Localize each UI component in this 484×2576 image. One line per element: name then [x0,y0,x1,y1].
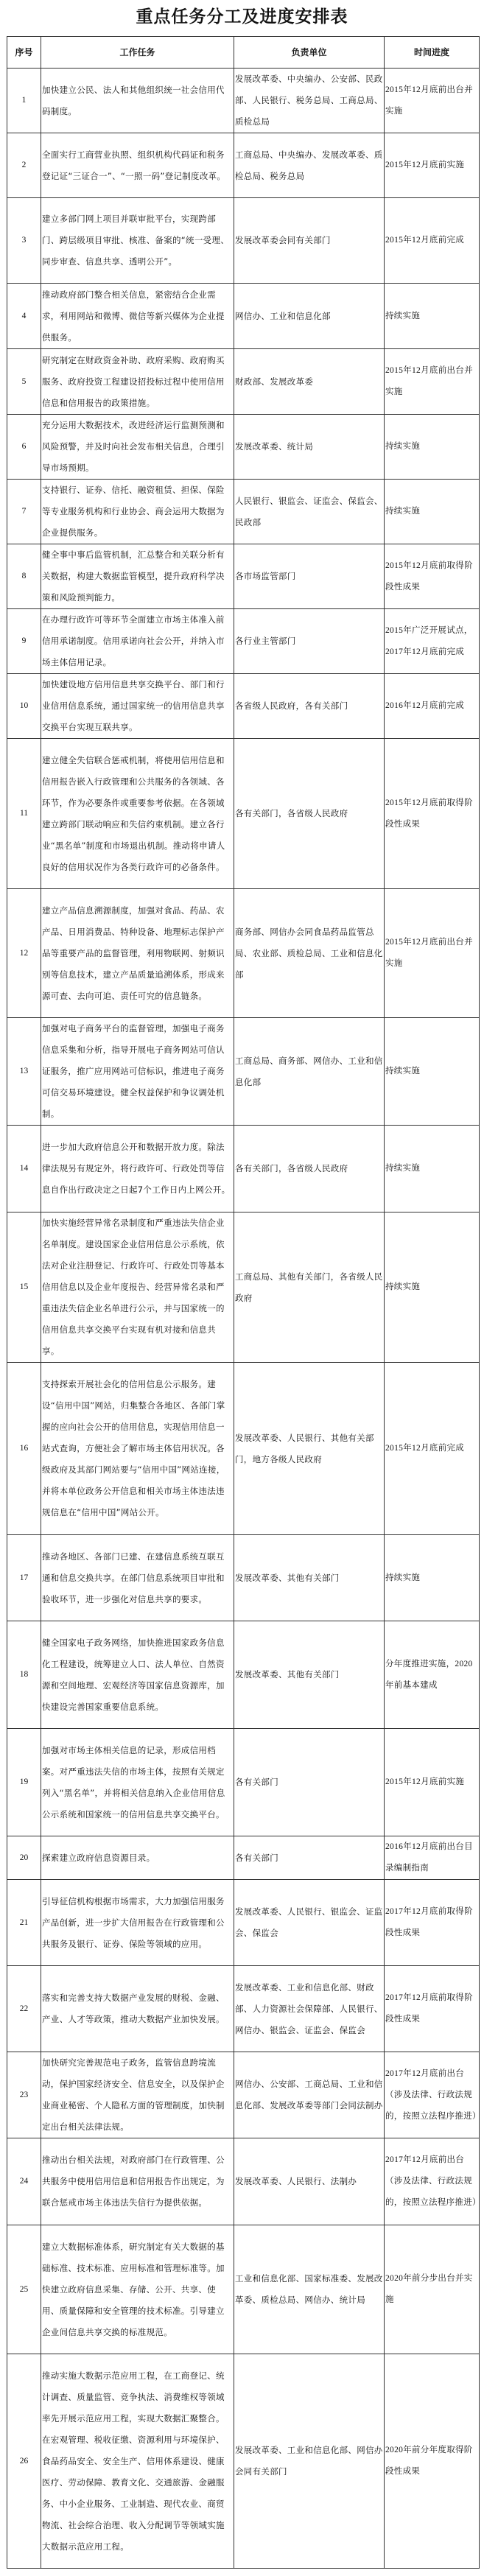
responsible-unit-cell: 发展改革委、统计局 [234,415,385,480]
responsible-unit-cell: 各有关部门，各省级人民政府 [234,1126,385,1212]
row-number-cell: 8 [7,544,41,609]
responsible-unit-cell: 人民银行、银监会、证监会、保监会、民政部 [234,480,385,544]
time-schedule-cell: 2017年12月底前取得阶段性成果 [385,1880,480,1966]
row-number-cell: 15 [7,1212,41,1363]
table-row: 4推动政府部门整合相关信息，紧密结合企业需求，利用网站和微博、微信等新兴媒体为企… [7,284,480,349]
responsible-unit-cell: 发展改革委、工业和信息化部、网信办会同有关部门 [234,2354,385,2569]
row-number-cell: 14 [7,1126,41,1212]
responsible-unit-cell: 发展改革委、人民银行、银监会、证监会、保监会 [234,1880,385,1966]
table-row: 25建立大数据标准体系，研究制定有关大数据的基础标准、技术标准、应用标准和管理标… [7,2225,480,2354]
work-task-cell: 建立大数据标准体系，研究制定有关大数据的基础标准、技术标准、应用标准和管理标准等… [41,2225,234,2354]
work-task-cell: 在办理行政许可等环节全面建立市场主体准入前信用承诺制度。信用承诺向社会公开，并纳… [41,609,234,674]
table-row: 18健全国家电子政务网络，加快推进国家政务信息化工程建设，统筹建立人口、法人单位… [7,1621,480,1729]
work-task-cell: 落实和完善支持大数据产业发展的财税、金融、产业、人才等政策，推动大数据产业加快发… [41,1966,234,2052]
table-row: 19加强对市场主体相关信息的记录，形成信用档案。对严重违法失信的市场主体，按照有… [7,1729,480,1836]
table-row: 14进一步加大政府信息公开和数据开放力度。除法律法规另有规定外，将行政许可、行政… [7,1126,480,1212]
work-task-cell: 健全国家电子政务网络，加快推进国家政务信息化工程建设，统筹建立人口、法人单位、自… [41,1621,234,1729]
time-schedule-cell: 2015年12月底前实施 [385,133,480,198]
table-row: 7支持银行、证券、信托、融资租赁、担保、保险等专业服务机构和行业协会、商会运用大… [7,480,480,544]
work-task-cell: 加快实施经营异常名录制度和严重违法失信企业名单制度。建设国家企业信用信息公示系统… [41,1212,234,1363]
table-row: 5研究制定在财政资金补助、政府采购、政府购买服务、政府投资工程建设招投标过程中使… [7,349,480,415]
table-row: 22落实和完善支持大数据产业发展的财税、金融、产业、人才等政策，推动大数据产业加… [7,1966,480,2052]
task-schedule-table: 序号 工作任务 负责单位 时间进度 1加快建立公民、法人和其他组织统一社会信用代… [7,36,480,2569]
work-task-cell: 加快建设地方信用信息共享交换平台、部门和行业信用信息系统，通过国家统一的信用信息… [41,674,234,739]
time-schedule-cell: 持续实施 [385,1018,480,1126]
header-unit: 负责单位 [234,37,385,69]
table-row: 20探索建立政府信息资源目录。各有关部门2016年12月底前出台目录编制指南 [7,1836,480,1880]
page-title: 重点任务分工及进度安排表 [0,4,484,29]
responsible-unit-cell: 商务部、网信办会同食品药品监管总局、农业部、质检总局、工业和信息化部 [234,889,385,1018]
time-schedule-cell: 持续实施 [385,415,480,480]
time-schedule-cell: 2016年12月底前出台目录编制指南 [385,1836,480,1880]
table-row: 15加快实施经营异常名录制度和严重违法失信企业名单制度。建设国家企业信用信息公示… [7,1212,480,1363]
table-row: 12建立产品信息溯源制度，加强对食品、药品、农产品、日用消费品、特种设备、地理标… [7,889,480,1018]
work-task-cell: 加强对市场主体相关信息的记录，形成信用档案。对严重违法失信的市场主体，按照有关规… [41,1729,234,1836]
table-row: 11建立健全失信联合惩戒机制，将使用信用信息和信用报告嵌入行政管理和公共服务的各… [7,739,480,889]
row-number-cell: 1 [7,69,41,133]
table-row: 24推动出台相关法规，对政府部门在行政管理、公共服务中使用信用信息和信用报告作出… [7,2138,480,2225]
row-number-cell: 12 [7,889,41,1018]
table-header-row: 序号 工作任务 负责单位 时间进度 [7,37,480,69]
time-schedule-cell: 持续实施 [385,480,480,544]
responsible-unit-cell: 各市场监管部门 [234,544,385,609]
time-schedule-cell: 持续实施 [385,284,480,349]
work-task-cell: 支持银行、证券、信托、融资租赁、担保、保险等专业服务机构和行业协会、商会运用大数… [41,480,234,544]
responsible-unit-cell: 工商总局、中央编办、发展改革委、质检总局、税务总局 [234,133,385,198]
work-task-cell: 建立多部门网上项目并联审批平台，实现跨部门、跨层级项目审批、核准、备案的“统一受… [41,198,234,284]
table-row: 10加快建设地方信用信息共享交换平台、部门和行业信用信息系统，通过国家统一的信用… [7,674,480,739]
time-schedule-cell: 2015年12月底前出台并实施 [385,349,480,415]
responsible-unit-cell: 发展改革委、其他有关部门 [234,1535,385,1621]
responsible-unit-cell: 发展改革委、人民银行、其他有关部门，地方各级人民政府 [234,1363,385,1535]
row-number-cell: 4 [7,284,41,349]
work-task-cell: 支持探索开展社会化的信用信息公示服务。建设“信用中国”网站，归集整合各地区、各部… [41,1363,234,1535]
row-number-cell: 2 [7,133,41,198]
time-schedule-cell: 2017年12月底前取得阶段性成果 [385,1966,480,2052]
work-task-cell: 加快研究完善规范电子政务，监管信息跨境流动，保护国家经济安全、信息安全，以及保护… [41,2052,234,2138]
table-row: 17推动各地区、各部门已建、在建信息系统互联互通和信息交换共享。在部门信息系统项… [7,1535,480,1621]
time-schedule-cell: 2015年12月底前实施 [385,1729,480,1836]
table-row: 26推动实施大数据示范应用工程，在工商登记、统计调查、质量监管、竞争执法、消费维… [7,2354,480,2569]
header-no: 序号 [7,37,41,69]
row-number-cell: 19 [7,1729,41,1836]
row-number-cell: 16 [7,1363,41,1535]
time-schedule-cell: 2017年12月底前出台（涉及法律、行政法规的，按照立法程序推进） [385,2138,480,2225]
row-number-cell: 9 [7,609,41,674]
table-row: 23加快研究完善规范电子政务，监管信息跨境流动，保护国家经济安全、信息安全，以及… [7,2052,480,2138]
table-row: 9在办理行政许可等环节全面建立市场主体准入前信用承诺制度。信用承诺向社会公开，并… [7,609,480,674]
row-number-cell: 18 [7,1621,41,1729]
table-row: 3建立多部门网上项目并联审批平台，实现跨部门、跨层级项目审批、核准、备案的“统一… [7,198,480,284]
table-row: 1加快建立公民、法人和其他组织统一社会信用代码制度。发展改革委、中央编办、公安部… [7,69,480,133]
responsible-unit-cell: 发展改革委、其他有关部门 [234,1621,385,1729]
work-task-cell: 探索建立政府信息资源目录。 [41,1836,234,1880]
table-row: 13加强对电子商务平台的监督管理，加强电子商务信息采集和分析，指导开展电子商务网… [7,1018,480,1126]
header-time: 时间进度 [385,37,480,69]
responsible-unit-cell: 发展改革委、工业和信息化部、财政部、人力资源社会保障部、人民银行、网信办、银监会… [234,1966,385,2052]
responsible-unit-cell: 各有关部门 [234,1836,385,1880]
row-number-cell: 20 [7,1836,41,1880]
responsible-unit-cell: 各有关部门，各省级人民政府 [234,739,385,889]
work-task-cell: 建立产品信息溯源制度，加强对食品、药品、农产品、日用消费品、特种设备、地理标志保… [41,889,234,1018]
time-schedule-cell: 2015年12月底前出台并实施 [385,889,480,1018]
time-schedule-cell: 2020年前分年度取得阶段性成果 [385,2354,480,2569]
row-number-cell: 23 [7,2052,41,2138]
row-number-cell: 22 [7,1966,41,2052]
table-row: 6充分运用大数据技术，改进经济运行监测预测和风险预警，并及时向社会发布相关信息，… [7,415,480,480]
row-number-cell: 17 [7,1535,41,1621]
time-schedule-cell: 2017年12月底前出台（涉及法律、行政法规的，按照立法程序推进） [385,2052,480,2138]
responsible-unit-cell: 网信办、公安部、工商总局、工业和信息化部、发展改革委等部门会同法制办 [234,2052,385,2138]
row-number-cell: 21 [7,1880,41,1966]
row-number-cell: 7 [7,480,41,544]
responsible-unit-cell: 工业和信息化部、国家标准委、发展改革委、质检总局、网信办、统计局 [234,2225,385,2354]
work-task-cell: 推动出台相关法规，对政府部门在行政管理、公共服务中使用信用信息和信用报告作出规定… [41,2138,234,2225]
responsible-unit-cell: 发展改革委会同有关部门 [234,198,385,284]
time-schedule-cell: 2016年12月底前完成 [385,674,480,739]
time-schedule-cell: 2015年广泛开展试点，2017年12月底前完成 [385,609,480,674]
responsible-unit-cell: 各有关部门 [234,1729,385,1836]
work-task-cell: 引导征信机构根据市场需求，大力加强信用服务产品创新，进一步扩大信用报告在行政管理… [41,1880,234,1966]
time-schedule-cell: 2020年前分步出台并实施 [385,2225,480,2354]
time-schedule-cell: 2015年12月底前完成 [385,1363,480,1535]
time-schedule-cell: 2015年12月底前取得阶段性成果 [385,739,480,889]
work-task-cell: 研究制定在财政资金补助、政府采购、政府购买服务、政府投资工程建设招投标过程中使用… [41,349,234,415]
responsible-unit-cell: 发展改革委、中央编办、公安部、民政部、人民银行、税务总局、工商总局、质检总局 [234,69,385,133]
time-schedule-cell: 持续实施 [385,1212,480,1363]
responsible-unit-cell: 网信办、工业和信息化部 [234,284,385,349]
responsible-unit-cell: 工商总局、商务部、网信办、工业和信息化部 [234,1018,385,1126]
work-task-cell: 加快建立公民、法人和其他组织统一社会信用代码制度。 [41,69,234,133]
work-task-cell: 全面实行工商营业执照、组织机构代码证和税务登记证“三证合一”、“一照一码”登记制… [41,133,234,198]
time-schedule-cell: 2015年12月底前完成 [385,198,480,284]
row-number-cell: 25 [7,2225,41,2354]
work-task-cell: 推动政府部门整合相关信息，紧密结合企业需求，利用网站和微博、微信等新兴媒体为企业… [41,284,234,349]
work-task-cell: 健全事中事后监管机制，汇总整合和关联分析有关数据，构建大数据监管模型，提升政府科… [41,544,234,609]
row-number-cell: 10 [7,674,41,739]
row-number-cell: 5 [7,349,41,415]
time-schedule-cell: 2015年12月底前出台并实施 [385,69,480,133]
work-task-cell: 推动各地区、各部门已建、在建信息系统互联互通和信息交换共享。在部门信息系统项目审… [41,1535,234,1621]
row-number-cell: 3 [7,198,41,284]
responsible-unit-cell: 发展改革委、人民银行、法制办 [234,2138,385,2225]
row-number-cell: 26 [7,2354,41,2569]
row-number-cell: 13 [7,1018,41,1126]
time-schedule-cell: 持续实施 [385,1535,480,1621]
header-task: 工作任务 [41,37,234,69]
responsible-unit-cell: 财政部、发展改革委 [234,349,385,415]
row-number-cell: 6 [7,415,41,480]
work-task-cell: 建立健全失信联合惩戒机制，将使用信用信息和信用报告嵌入行政管理和公共服务的各领域… [41,739,234,889]
time-schedule-cell: 分年度推进实施，2020年前基本建成 [385,1621,480,1729]
work-task-cell: 充分运用大数据技术，改进经济运行监测预测和风险预警，并及时向社会发布相关信息，合… [41,415,234,480]
table-row: 16支持探索开展社会化的信用信息公示服务。建设“信用中国”网站，归集整合各地区、… [7,1363,480,1535]
table-row: 2全面实行工商营业执照、组织机构代码证和税务登记证“三证合一”、“一照一码”登记… [7,133,480,198]
row-number-cell: 11 [7,739,41,889]
responsible-unit-cell: 各省级人民政府，各有关部门 [234,674,385,739]
table-row: 8健全事中事后监管机制，汇总整合和关联分析有关数据，构建大数据监管模型，提升政府… [7,544,480,609]
responsible-unit-cell: 各行业主管部门 [234,609,385,674]
time-schedule-cell: 持续实施 [385,1126,480,1212]
row-number-cell: 24 [7,2138,41,2225]
table-body: 1加快建立公民、法人和其他组织统一社会信用代码制度。发展改革委、中央编办、公安部… [7,69,480,2569]
responsible-unit-cell: 工商总局、其他有关部门，各省级人民政府 [234,1212,385,1363]
work-task-cell: 加强对电子商务平台的监督管理，加强电子商务信息采集和分析，指导开展电子商务网站可… [41,1018,234,1126]
table-row: 21引导征信机构根据市场需求，大力加强信用服务产品创新，进一步扩大信用报告在行政… [7,1880,480,1966]
work-task-cell: 推动实施大数据示范应用工程，在工商登记、统计调查、质量监管、竞争执法、消费维权等… [41,2354,234,2569]
work-task-cell: 进一步加大政府信息公开和数据开放力度。除法律法规另有规定外，将行政许可、行政处罚… [41,1126,234,1212]
time-schedule-cell: 2015年12月底前取得阶段性成果 [385,544,480,609]
